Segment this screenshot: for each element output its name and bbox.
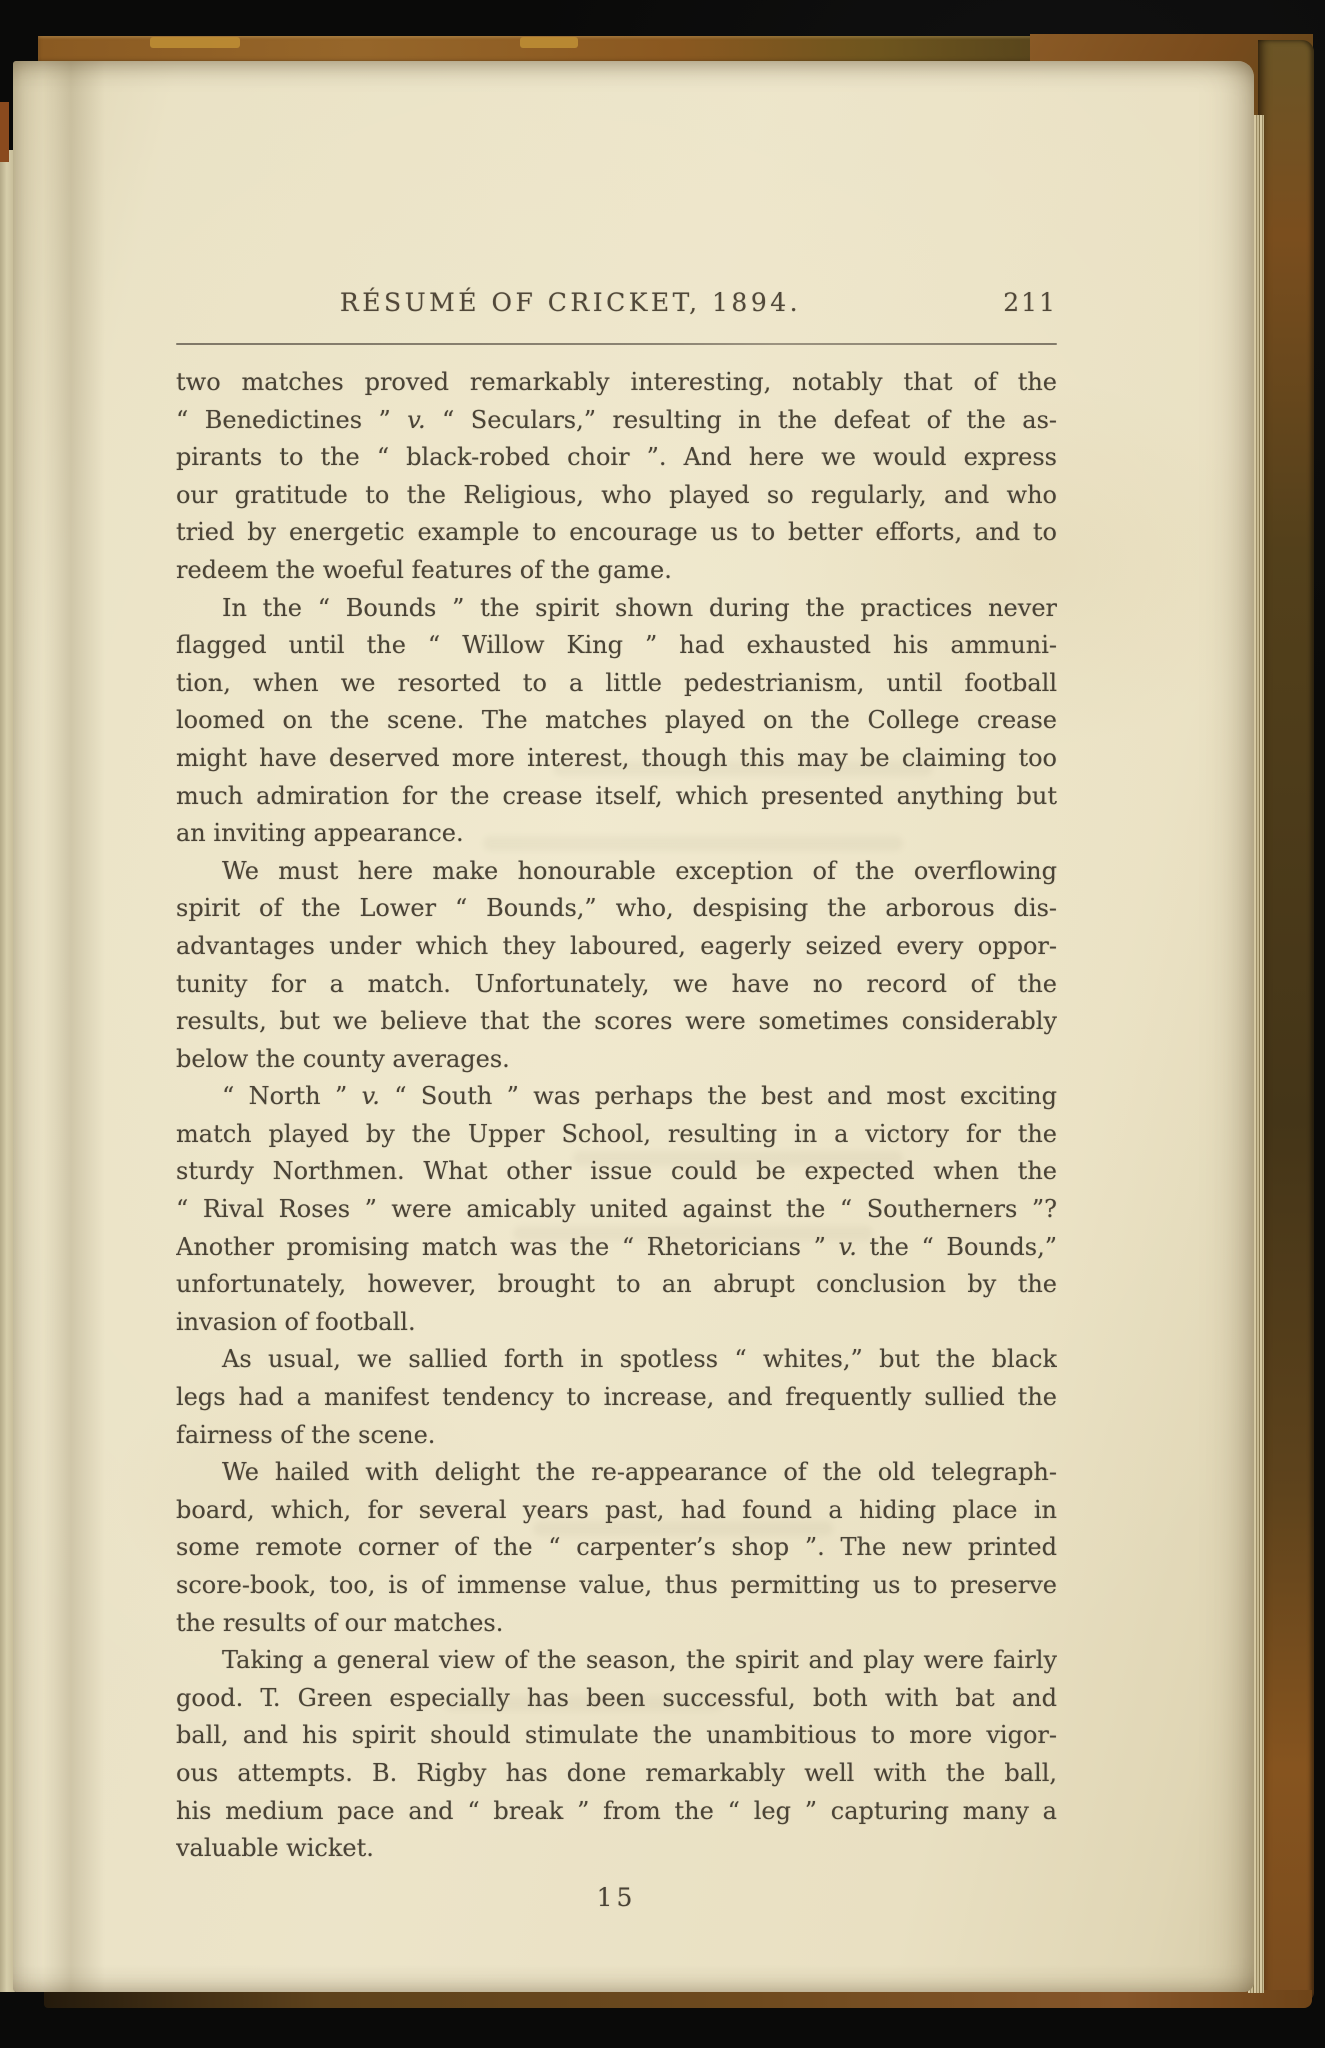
- paragraph: We hailed with delight the re-appearance…: [176, 1454, 1057, 1642]
- text-line: might have deserved more interest, thoug…: [176, 740, 1057, 778]
- text-line: fairness of the scene.: [176, 1417, 1057, 1455]
- book-cover-left-bit: [0, 102, 9, 162]
- text-line: match played by the Upper School, result…: [176, 1116, 1057, 1154]
- text-line: We must here make honourable exception o…: [176, 853, 1057, 891]
- text-line: flagged until the “ Willow King ” had ex…: [176, 627, 1057, 665]
- text-line: ball, and his spirit should stimulate th…: [176, 1717, 1057, 1755]
- text-line: much admiration for the crease itself, w…: [176, 778, 1057, 816]
- text-line: our gratitude to the Religious, who play…: [176, 477, 1057, 515]
- text-line: Taking a general view of the season, the…: [176, 1642, 1057, 1680]
- page-number: 211: [957, 288, 1057, 317]
- text-line: results, but we believe that the scores …: [176, 1003, 1057, 1041]
- text-line: invasion of football.: [176, 1304, 1057, 1342]
- text-line: “ North ” v. “ South ” was perhaps the b…: [176, 1078, 1057, 1116]
- italic-run: v.: [407, 406, 425, 434]
- text-line: sturdy Northmen. What other issue could …: [176, 1153, 1057, 1191]
- text-line: As usual, we sallied forth in spotless “…: [176, 1341, 1057, 1379]
- text-line: We hailed with delight the re-appearance…: [176, 1454, 1057, 1492]
- paragraph: As usual, we sallied forth in spotless “…: [176, 1341, 1057, 1454]
- book-page: RÉSUMÉ OF CRICKET, 1894. 211 two matches…: [13, 61, 1254, 1992]
- scanned-book-photo: RÉSUMÉ OF CRICKET, 1894. 211 two matches…: [0, 0, 1325, 2048]
- text-line: below the county averages.: [176, 1041, 1057, 1079]
- text-line: loomed on the scene. The matches played …: [176, 702, 1057, 740]
- text-line: “ Rival Roses ” were amicably united aga…: [176, 1191, 1057, 1229]
- paragraph: “ North ” v. “ South ” was perhaps the b…: [176, 1078, 1057, 1341]
- paragraph: Taking a general view of the season, the…: [176, 1642, 1057, 1868]
- cover-wear-chip: [520, 37, 578, 48]
- paragraph: In the “ Bounds ” the spirit shown durin…: [176, 590, 1057, 853]
- text-line: “ Benedictines ” v. “ Seculars,” resulti…: [176, 402, 1057, 440]
- text-line: some remote corner of the “ carpenter’s …: [176, 1529, 1057, 1567]
- text-line: Another promising match was the “ Rhetor…: [176, 1229, 1057, 1267]
- paragraph: two matches proved remarkably interestin…: [176, 364, 1057, 590]
- text-line: two matches proved remarkably interestin…: [176, 364, 1057, 402]
- text-line: legs had a manifest tendency to increase…: [176, 1379, 1057, 1417]
- signature-mark: 15: [176, 1883, 1057, 1912]
- book-cover-bottom-edge: [44, 1990, 1312, 2008]
- text-line: spirit of the Lower “ Bounds,” who, desp…: [176, 890, 1057, 928]
- text-line: an inviting appearance.: [176, 815, 1057, 853]
- text-line: tried by energetic example to encourage …: [176, 514, 1057, 552]
- text-line: advantages under which they laboured, ea…: [176, 928, 1057, 966]
- cover-wear-chip: [150, 37, 240, 48]
- running-head-title: RÉSUMÉ OF CRICKET, 1894.: [130, 288, 1011, 317]
- header-rule: [176, 343, 1057, 345]
- paragraph: We must here make honourable exception o…: [176, 853, 1057, 1079]
- text-line: ous attempts. B. Rigby has done remarkab…: [176, 1755, 1057, 1793]
- italic-run: v.: [362, 1082, 380, 1110]
- text-line: his medium pace and “ break ” from the “…: [176, 1793, 1057, 1831]
- gutter-shadow: [43, 61, 105, 1992]
- text-line: pirants to the “ black-robed choir ”. An…: [176, 439, 1057, 477]
- text-line: redeem the woeful features of the game.: [176, 552, 1057, 590]
- text-line: tion, when we resorted to a little pedes…: [176, 665, 1057, 703]
- text-line: score-book, too, is of immense value, th…: [176, 1567, 1057, 1605]
- text-line: good. T. Green especially has been succe…: [176, 1680, 1057, 1718]
- book-cover-right-edge: [1258, 40, 1314, 2002]
- text-line: In the “ Bounds ” the spirit shown durin…: [176, 590, 1057, 628]
- text-line: the results of our matches.: [176, 1605, 1057, 1643]
- text-line: valuable wicket.: [176, 1830, 1057, 1868]
- text-line: tunity for a match. Unfortunately, we ha…: [176, 966, 1057, 1004]
- italic-run: v.: [839, 1233, 857, 1261]
- body-text: two matches proved remarkably interestin…: [176, 364, 1057, 1868]
- text-line: unfortunately, however, brought to an ab…: [176, 1266, 1057, 1304]
- text-line: board, which, for several years past, ha…: [176, 1492, 1057, 1530]
